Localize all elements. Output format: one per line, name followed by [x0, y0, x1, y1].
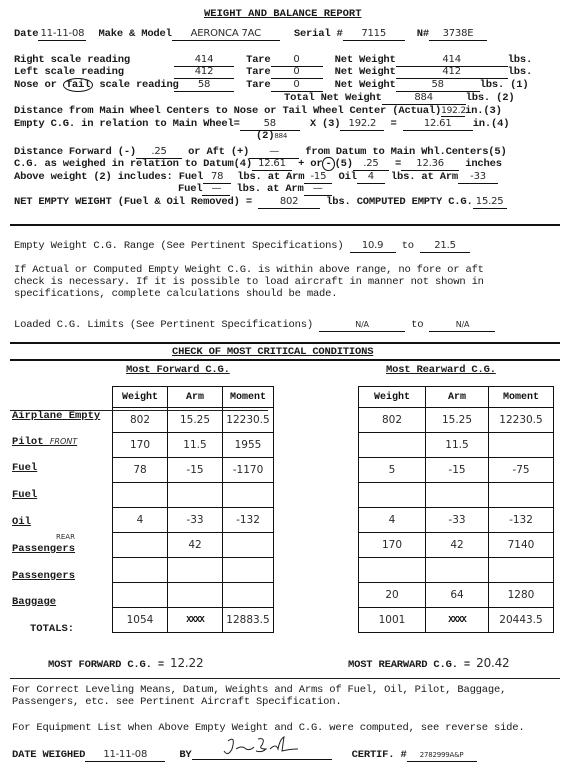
cell[interactable]: 7140 [489, 533, 554, 558]
net-empty-field[interactable]: 802 [258, 196, 320, 209]
cg-weighed-field[interactable]: 12.61 [252, 158, 292, 171]
divider [10, 678, 560, 679]
range-note: If Actual or Computed Empty Weight C.G. … [14, 264, 484, 300]
cell[interactable]: 20 [359, 583, 426, 608]
serial-label: Serial # [294, 28, 343, 40]
cell[interactable]: 5 [359, 458, 426, 483]
oil-label: Oil [338, 171, 356, 183]
left-scale-row: Left scale reading412 Tare0 Net Weight41… [14, 66, 532, 79]
table-row: 170427140 [359, 533, 554, 558]
cell[interactable] [426, 558, 489, 583]
row-rule [10, 410, 268, 411]
cell[interactable] [359, 558, 426, 583]
fwd-label: Distance Forward (-) [14, 146, 136, 158]
tare-label: Tare [246, 54, 270, 66]
loaded-to[interactable]: N/A [429, 319, 495, 332]
report-title: WEIGHT AND BALANCE REPORT [204, 8, 362, 20]
tail-scale-row: Nose or Tail scale reading58 Tare0 Net W… [14, 79, 528, 92]
empty-range-label: Empty Weight C.G. Range (See Pertinent S… [14, 240, 343, 252]
col-moment: Moment [489, 387, 554, 408]
certif-field[interactable]: 2782999A&P [407, 749, 477, 762]
total-net-label: Total Net Weight [284, 92, 382, 104]
make-model-label: Make & Model [99, 28, 172, 40]
in-label: in.(4) [473, 118, 510, 130]
cell[interactable]: -33 [168, 508, 223, 533]
cell[interactable] [113, 483, 168, 508]
cell[interactable]: -15 [168, 458, 223, 483]
table-row: 17011.51955 [113, 433, 274, 458]
oil-lbs[interactable]: 4 [357, 171, 385, 184]
signature-icon [222, 735, 302, 757]
date-field[interactable]: 11-11-08 [38, 28, 86, 41]
minus-circled-option[interactable]: - [322, 157, 334, 171]
includes-label: Above weight (2) includes: Fuel [14, 171, 203, 183]
leveling-note: For Correct Leveling Means, Datum, Weigh… [12, 684, 506, 708]
cell[interactable]: -1170 [223, 458, 274, 483]
table-row [359, 483, 554, 508]
equipment-note: For Equipment List when Above Empty Weig… [12, 722, 525, 734]
table-row: 4-33-132 [359, 508, 554, 533]
lbs-label: lbs. (1) [480, 79, 529, 91]
table-row: 11.5 [359, 433, 554, 458]
total-net-weight[interactable]: 884 [382, 92, 466, 105]
net-empty-row: NET EMPTY WEIGHT (Fuel & Oil Removed) = … [14, 196, 507, 209]
tail-tare[interactable]: 0 [271, 79, 323, 92]
passengers-note: REAR [56, 533, 75, 541]
date-label: Date [14, 28, 38, 40]
pilot-label: Pilot [12, 436, 44, 448]
rearward-cg-table: Weight Arm Moment 80215.2512230.5 11.5 5… [358, 386, 554, 633]
cg-weighed-row: C.G. as weighed in relation to Datum(4)1… [14, 158, 502, 171]
row-label-baggage: Baggage [12, 596, 56, 608]
nose-or-label: Nose or [14, 79, 57, 91]
cell[interactable]: 15.25 [426, 408, 489, 433]
row-label-fuel-2: Fuel [12, 489, 37, 501]
cell[interactable]: -132 [223, 508, 274, 533]
plus-or-label: + or [298, 158, 322, 170]
most-forward-label: MOST FORWARD C.G. = [48, 659, 164, 671]
table-row: 80215.2512230.5 [113, 408, 274, 433]
cell[interactable] [359, 433, 426, 458]
cell[interactable]: 64 [426, 583, 489, 608]
cell[interactable] [168, 483, 223, 508]
main-to-tail-field[interactable]: 192.2 [441, 106, 465, 117]
col-arm: Arm [168, 387, 223, 408]
cell[interactable] [113, 533, 168, 558]
tail-circled-option[interactable]: Tail [63, 78, 93, 92]
lbs-label: lbs. [508, 66, 532, 78]
cell[interactable]: 12883.5 [223, 608, 274, 633]
cell[interactable]: -15 [426, 458, 489, 483]
pilot-note: FRONT [50, 437, 77, 446]
col-weight: Weight [359, 387, 426, 408]
empty-range-from[interactable]: 10.9 [350, 240, 396, 253]
tare-label: Tare [246, 79, 270, 91]
cell: XXXX [426, 608, 489, 633]
table-row: 80215.2512230.5 [359, 408, 554, 433]
cell[interactable]: 20443.5 [489, 608, 554, 633]
left-tare[interactable]: 0 [271, 66, 323, 79]
most-rearward-label: MOST REARWARD C.G. = [348, 659, 470, 671]
cell[interactable] [489, 558, 554, 583]
tare-label: Tare [246, 66, 270, 78]
cell[interactable]: -33 [426, 508, 489, 533]
date-weighed-row: DATE WEIGHED11-11-08 BY CERTIF. #2782999… [12, 745, 477, 762]
table-row: 78-15-1170 [113, 458, 274, 483]
col-arm: Arm [426, 387, 489, 408]
cell[interactable] [489, 483, 554, 508]
cell[interactable] [113, 558, 168, 583]
empty-cg-label: Empty C.G. in relation to Main Wheel= [14, 118, 240, 130]
date-weighed-field[interactable]: 11-11-08 [85, 749, 165, 762]
row-label-pilot: Pilot FRONT [12, 436, 77, 448]
left-scale-label: Left scale reading [14, 66, 174, 78]
row-label-fuel: Fuel [12, 462, 37, 474]
row-label-airplane-empty: Airplane Empty [12, 410, 100, 422]
col-weight: Weight [113, 387, 168, 408]
divider [10, 342, 560, 344]
most-forward-value: 12.22 [170, 656, 203, 670]
cell[interactable] [223, 558, 274, 583]
by-label: BY [179, 749, 191, 761]
n-number-label: N# [417, 28, 429, 40]
cell[interactable]: 1001 [359, 608, 426, 633]
cell[interactable]: 802 [113, 408, 168, 433]
main-to-tail-label: Distance from Main Wheel Centers to Nose… [14, 105, 441, 117]
cell[interactable] [168, 558, 223, 583]
cell[interactable] [426, 483, 489, 508]
cell[interactable]: 4 [113, 508, 168, 533]
totals-row: 1001XXXX20443.5 [359, 608, 554, 633]
row-label-totals: TOTALS: [30, 623, 74, 635]
divider [10, 359, 560, 361]
fuel2-label: Fuel [178, 183, 202, 195]
empty-range-row: Empty Weight C.G. Range (See Pertinent S… [14, 240, 470, 253]
times-label: X (3) [310, 118, 341, 130]
cell: XXXX [168, 608, 223, 633]
row-label-passengers: Passengers [12, 543, 75, 555]
cell[interactable]: 1955 [223, 433, 274, 458]
most-rearward-row: MOST REARWARD C.G. = 20.42 [348, 656, 510, 671]
cell[interactable]: 11.5 [426, 433, 489, 458]
cell[interactable] [113, 583, 168, 608]
cell[interactable]: 42 [168, 533, 223, 558]
times-field[interactable]: 192.2 [340, 118, 384, 131]
totals-row: 1054XXXX12883.5 [113, 608, 274, 633]
cell[interactable]: 170 [113, 433, 168, 458]
loaded-limits-row: Loaded C.G. Limits (See Pertinent Specif… [14, 319, 495, 332]
left-net-weight[interactable]: 412 [396, 66, 508, 79]
cell[interactable]: 11.5 [168, 433, 223, 458]
forward-title: Most Forward C.G. [126, 364, 230, 376]
cell[interactable]: 1054 [113, 608, 168, 633]
cell[interactable]: 170 [359, 533, 426, 558]
date-weighed-label: DATE WEIGHED [12, 749, 85, 761]
note-line: For Correct Leveling Means, Datum, Weigh… [12, 684, 506, 696]
col-moment: Moment [223, 387, 274, 408]
n-number-field[interactable]: 3738E [429, 28, 487, 41]
lbs-at-arm-label: lbs. at Arm [237, 171, 304, 183]
row-label-passengers-2: Passengers [12, 570, 75, 582]
cell[interactable]: 4 [359, 508, 426, 533]
aft-label: or Aft (+) [188, 146, 249, 158]
five-label: (5) [335, 158, 353, 170]
empty-range-to[interactable]: 21.5 [420, 240, 470, 253]
cell[interactable] [223, 583, 274, 608]
signature-field[interactable] [192, 745, 332, 760]
in-label: in.(3) [465, 105, 502, 117]
cell[interactable]: -132 [489, 508, 554, 533]
loaded-from[interactable]: N/A [319, 319, 405, 332]
cell[interactable]: 12230.5 [223, 408, 274, 433]
computed-cg-label: COMPUTED EMPTY C.G. [357, 196, 473, 208]
table-row: 4-33-132 [113, 508, 274, 533]
certif-label: CERTIF. # [352, 749, 407, 761]
forward-cg-table: Weight Arm Moment 80215.2512230.5 17011.… [112, 386, 274, 633]
denominator-label: (2) [256, 130, 274, 142]
net-weight-label: Net Weight [335, 54, 396, 66]
note-line: If Actual or Computed Empty Weight C.G. … [14, 264, 484, 276]
cg-weighed-label: C.G. as weighed in relation to Datum(4) [14, 158, 252, 170]
cell[interactable]: 12230.5 [489, 408, 554, 433]
inches-label: inches [465, 158, 502, 170]
note-line: check is necessary. If it is possible to… [14, 276, 484, 288]
fuel2-lbs[interactable]: — [202, 183, 230, 196]
computed-cg-field[interactable]: 15.25 [473, 196, 507, 209]
denominator-value: 884 [274, 132, 287, 140]
loaded-limits-label: Loaded C.G. Limits (See Pertinent Specif… [14, 319, 313, 331]
cell[interactable]: -75 [489, 458, 554, 483]
header-line: Date11-11-08 Make & ModelAERONCA 7AC Ser… [14, 28, 487, 41]
table-row: 42 [113, 533, 274, 558]
most-forward-row: MOST FORWARD C.G. = 12.22 [48, 656, 203, 671]
table-row [113, 483, 274, 508]
cell[interactable]: 15.25 [168, 408, 223, 433]
most-rearward-value: 20.42 [476, 656, 509, 670]
table-row [359, 558, 554, 583]
table-row [113, 558, 274, 583]
lbs-at-arm-label: lbs. at Arm [391, 171, 458, 183]
cell[interactable] [168, 583, 223, 608]
critical-title: CHECK OF MOST CRITICAL CONDITIONS [172, 346, 373, 358]
serial-field[interactable]: 7115 [343, 28, 405, 41]
equals-sign: = [390, 118, 396, 130]
note-line: Passengers, etc. see Pertinent Aircraft … [12, 696, 506, 708]
to-label: to [411, 319, 423, 331]
oil-arm[interactable]: -33 [458, 171, 498, 184]
divider [10, 224, 560, 226]
lbs-label: lbs. [326, 196, 350, 208]
cell[interactable] [489, 433, 554, 458]
main-to-tail-row: Distance from Main Wheel Centers to Nose… [14, 105, 502, 117]
cell[interactable]: 1280 [489, 583, 554, 608]
net-weight-label: Net Weight [335, 79, 396, 91]
table-row: 5-15-75 [359, 458, 554, 483]
cell[interactable]: 802 [359, 408, 426, 433]
lbs-at-arm-label: lbs. at Arm [237, 183, 304, 195]
row-label-oil: Oil [12, 516, 31, 528]
cell[interactable] [223, 533, 274, 558]
datum-label: from Datum to Main Whl.Centers(5) [305, 146, 506, 158]
table-row: 20641280 [359, 583, 554, 608]
cell[interactable] [223, 483, 274, 508]
empty-cg-denominator: (2)884 [256, 130, 287, 142]
right-scale-label: Right scale reading [14, 54, 174, 66]
cell[interactable]: 42 [426, 533, 489, 558]
net-weight-label: Net Weight [335, 66, 396, 78]
lbs-label: lbs. [508, 54, 532, 66]
lbs-label: lbs. (2) [466, 92, 515, 104]
tail-scale-reading[interactable]: 58 [174, 79, 234, 92]
tail-net-weight[interactable]: 58 [396, 79, 480, 92]
cg-weighed-result[interactable]: 12.36 [401, 158, 459, 171]
five-field[interactable]: .25 [353, 158, 389, 171]
scale-reading-label: scale reading [99, 79, 178, 91]
fuel2-arm[interactable]: — [304, 183, 332, 196]
cell[interactable]: 78 [113, 458, 168, 483]
table-row [113, 583, 274, 608]
total-net-row: Total Net Weight884lbs. (2) [284, 92, 514, 105]
make-model-field[interactable]: AERONCA 7AC [172, 28, 280, 41]
to-label: to [402, 240, 414, 252]
empty-cg-result[interactable]: 12.61 [403, 118, 473, 131]
note-line: specifications, complete calculations sh… [14, 288, 484, 300]
fuel2-row: Fuel— lbs. at Arm— [178, 183, 332, 196]
cell[interactable] [359, 483, 426, 508]
net-empty-label: NET EMPTY WEIGHT (Fuel & Oil Removed) = [14, 196, 252, 208]
rearward-title: Most Rearward C.G. [386, 364, 496, 376]
left-scale-reading[interactable]: 412 [174, 66, 234, 79]
